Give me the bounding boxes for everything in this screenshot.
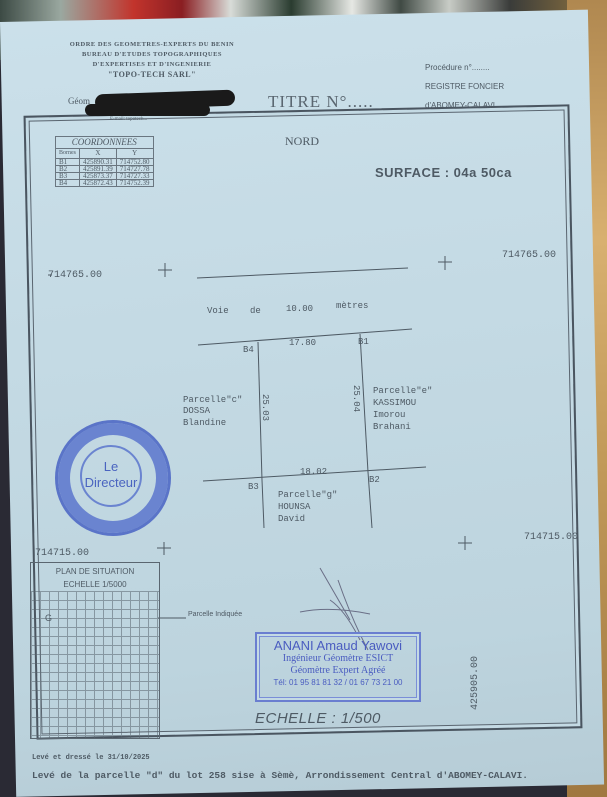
voie-unit: mètres: [336, 301, 368, 311]
borne-b1: B1: [358, 337, 369, 347]
dimension-bottom: 18.02: [300, 467, 327, 477]
parcelle-e-owner: Brahani: [373, 422, 411, 432]
dimension-top: 17.80: [289, 338, 316, 348]
footer-date: Levé et dressé le 31/10/2025: [32, 754, 150, 762]
situation-scale: ECHELLE 1/5000: [31, 578, 159, 591]
stamp-role: Géomètre Expert Agréé: [257, 665, 419, 677]
stamp-title: Ingénieur Géomètre ESICT: [257, 653, 419, 665]
situation-plan: PLAN DE SITUATION ECHELLE 1/5000 G: [30, 562, 160, 739]
situation-marker: G: [45, 613, 52, 623]
parcelle-g-owner: HOUNSA: [278, 502, 311, 512]
parcelle-e-label: Parcelle"e": [373, 386, 432, 396]
parcelle-g-label: Parcelle"g": [278, 490, 337, 500]
stamp-text: Directeur: [82, 475, 140, 491]
stamp-text: Le: [82, 459, 140, 475]
footer-description: Levé de la parcelle "d" du lot 258 sise …: [32, 770, 528, 781]
voie-word: de: [250, 306, 261, 316]
voie-word: Voie: [207, 306, 229, 316]
parcelle-e-owner: Imorou: [373, 410, 405, 420]
voie-width: 10.00: [286, 304, 313, 314]
borne-b2: B2: [369, 475, 380, 485]
parcelle-indiquee-label: Parcelle Indiquée: [188, 611, 242, 618]
dimension-left: 25.03: [260, 394, 270, 421]
parcelle-g-owner: David: [278, 514, 305, 524]
geometre-stamp: ANANI Amaud Yawovi Ingénieur Géomètre ES…: [255, 632, 421, 702]
parcelle-e-owner: KASSIMOU: [373, 398, 416, 408]
stamp-phone: Tél: 01 95 81 81 32 / 01 67 73 21 00: [257, 677, 419, 689]
parcelle-c-owner: DOSSA: [183, 406, 211, 416]
situation-title: PLAN DE SITUATION: [31, 565, 159, 578]
stamp-name: ANANI Amaud Yawovi: [257, 634, 419, 653]
stamp-center: Le Directeur: [80, 445, 142, 507]
borne-b4: B4: [243, 345, 254, 355]
borne-b3: B3: [248, 482, 259, 492]
parcelle-c-owner: Blandine: [183, 418, 226, 428]
parcelle-c-label: Parcelle"c": [183, 395, 242, 405]
scale-label: ECHELLE : 1/500: [255, 710, 381, 727]
director-stamp: Le Directeur: [55, 420, 171, 536]
dimension-right: 25.04: [351, 385, 361, 412]
